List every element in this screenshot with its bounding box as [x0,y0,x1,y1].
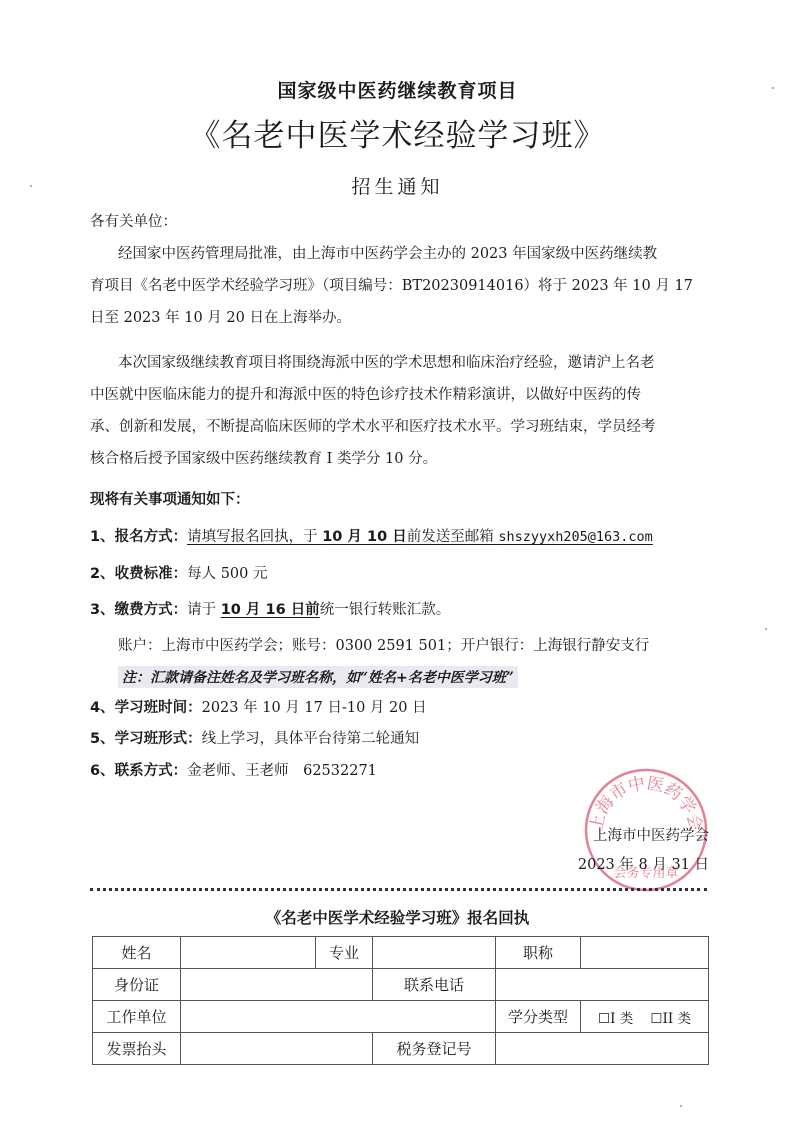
item-registration-method: 1、报名方式：请填写报名回执，于 10 月 10 日前发送至邮箱 shszyyx… [90,527,653,547]
label-major: 专业 [316,937,373,969]
signature-date: 2023 年 8 月 31 日 [578,853,709,874]
label-name: 姓名 [93,937,181,969]
form-row-4: 发票抬头 税务登记号 [93,1033,709,1065]
paragraph-2-line-1: 本次国家级继续教育项目将围绕海派中医的学术思想和临床治疗经验，邀请沪上名老 [118,353,738,373]
item-3-text-a: 请于 [187,602,221,618]
checkbox-icon: ☐ [650,1011,662,1027]
registration-form-table: 姓名 专业 职称 身份证 联系电话 工作单位 学分类型 ☐I 类 ☐II 类 发… [92,936,709,1065]
label-employer: 工作单位 [93,1001,181,1033]
item-1-label: 1、报名方式： [90,529,187,545]
salutation: 各有关单位： [90,212,177,232]
registration-email-link[interactable]: shszyyxh205@163.com [498,529,652,545]
scan-speck [680,1105,682,1107]
bank-account-info: 账户：上海市中医药学会；账号：0300 2591 501；开户银行：上海银行静安… [118,636,649,656]
form-row-1: 姓名 专业 职称 [93,937,709,969]
item-1-text-b: 前发送至邮箱 [407,529,499,545]
item-1-text-a: 请填写报名回执，于 [187,529,322,545]
item-3-label: 3、缴费方式： [90,602,187,618]
paragraph-1-line-1: 经国家中医药管理局批准，由上海市中医药学会主办的 2023 年国家级中医药继续教 [118,244,738,264]
credit-class-1-checkbox[interactable]: ☐I 类 [598,1011,633,1027]
program-type-heading: 国家级中医药继续教育项目 [0,76,795,103]
label-tax-id: 税务登记号 [373,1033,496,1065]
item-5-text: 线上学习，具体平台待第二轮通知 [202,731,420,747]
credit-class-1-label: I 类 [610,1011,633,1027]
item-4-label: 4、学习班时间： [90,700,202,716]
form-row-2: 身份证 联系电话 [93,969,709,1001]
course-title: 《名老中医学术经验学习班》 [0,110,795,155]
credit-class-2-label: II 类 [663,1011,691,1027]
item-contact: 6、联系方式：金老师、王老师 62532271 [90,761,377,781]
scan-speck [30,185,32,187]
item-course-time: 4、学习班时间：2023 年 10 月 17 日-10 月 20 日 [90,698,427,718]
paragraph-2-line-4: 核合格后授予国家级中医药继续教育 I 类学分 10 分。 [90,449,710,469]
notice-title: 招生通知 [0,172,795,199]
tax-id-field[interactable] [496,1033,709,1065]
item-6-text: 金老师、王老师 62532271 [187,763,377,779]
paragraph-2-line-3: 承、创新和发展，不断提高临床医师的学术水平和医疗技术水平。学习班结束，学员经考 [90,417,710,437]
invoice-title-field[interactable] [181,1033,373,1065]
paragraph-1-line-2: 育项目《名老中医学术经验学习班》（项目编号：BT20230914016）将于 2… [90,276,710,296]
item-2-label: 2、收费标准： [90,566,187,582]
item-fee-standard: 2、收费标准：每人 500 元 [90,564,268,584]
remittance-note: 注：汇款请备注姓名及学习班名称，如“姓名+名老中医学习班” [118,666,518,688]
paragraph-2-line-2: 中医就中医临床能力的提升和海派中医的特色诊疗技术作精彩演讲，以做好中医药的传 [90,385,710,405]
checkbox-icon: ☐ [598,1011,610,1027]
major-field[interactable] [373,937,496,969]
phone-field[interactable] [496,969,709,1001]
form-row-3: 工作单位 学分类型 ☐I 类 ☐II 类 [93,1001,709,1033]
label-credit-type: 学分类型 [496,1001,581,1033]
employer-field[interactable] [181,1001,496,1033]
paragraph-1-line-3: 日至 2023 年 10 月 20 日在上海举办。 [90,308,710,328]
cut-line-divider [90,888,707,891]
label-phone: 联系电话 [373,969,496,1001]
scan-speck [765,628,767,630]
id-card-field[interactable] [181,969,373,1001]
scan-speck [772,87,774,89]
registration-form-title: 《名老中医学术经验学习班》报名回执 [0,906,795,928]
professional-title-field[interactable] [581,937,709,969]
items-heading: 现将有关事项通知如下： [90,490,250,510]
label-id-card: 身份证 [93,969,181,1001]
credit-type-options: ☐I 类 ☐II 类 [581,1001,709,1033]
item-payment-method: 3、缴费方式：请于 10 月 16 日前统一银行转账汇款。 [90,600,450,620]
item-1-deadline: 10 月 10 日 [322,529,407,545]
label-invoice-title: 发票抬头 [93,1033,181,1065]
label-professional-title: 职称 [496,937,581,969]
signature-organization: 上海市中医药学会 [593,824,709,845]
item-4-text: 2023 年 10 月 17 日-10 月 20 日 [202,700,427,716]
item-6-label: 6、联系方式： [90,763,187,779]
item-5-label: 5、学习班形式： [90,731,202,747]
name-field[interactable] [181,937,316,969]
credit-class-2-checkbox[interactable]: ☐II 类 [650,1011,691,1027]
item-2-text: 每人 500 元 [187,566,267,582]
item-course-format: 5、学习班形式：线上学习，具体平台待第二轮通知 [90,729,419,749]
item-3-text-b: 统一银行转账汇款。 [320,602,451,618]
item-3-deadline: 10 月 16 日前 [221,602,320,618]
